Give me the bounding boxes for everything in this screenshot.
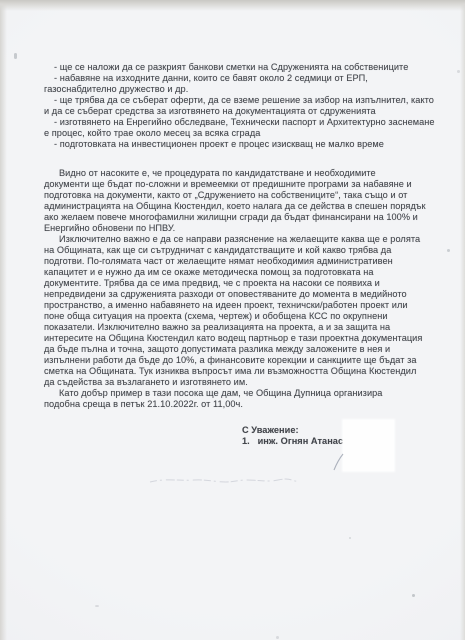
signature-slash-mark <box>331 451 347 473</box>
letter-body: - ще се наложи да се разкрият банкови см… <box>44 62 462 447</box>
scan-speck <box>457 70 460 73</box>
bullet-item: - ще трябва да се съберат оферти, да се … <box>44 95 462 117</box>
redacted-signature-area <box>343 420 394 471</box>
bullet-item: - набавяне на изходните данни, които се … <box>44 73 462 95</box>
paragraph-guidelines: Видно от насоките е, че процедурата по к… <box>44 168 462 234</box>
scan-speck <box>412 594 415 597</box>
bullet-item: - подготовката на инвестиционен проект е… <box>44 139 462 150</box>
scanned-letter-page: - ще се наложи да се разкрият банкови см… <box>0 0 465 640</box>
paragraph-dupnitsa-example: Като добър пример в тази посока ще дам, … <box>44 388 462 410</box>
bullet-item: - изготвянето на Енрегийно обследване, Т… <box>44 117 462 139</box>
scan-speck <box>276 636 279 639</box>
bullet-list: - ще се наложи да се разкрият банкови см… <box>44 62 462 150</box>
paragraph-municipality-role: Изключително важно е да се направи разяс… <box>44 234 462 388</box>
scan-speck <box>349 537 351 539</box>
scan-speck <box>14 53 17 59</box>
bullet-item: - ще се наложи да се разкрият банкови см… <box>44 62 462 73</box>
faint-signature-scribble <box>148 473 300 489</box>
scan-speck <box>95 605 99 607</box>
scan-speck <box>447 249 450 252</box>
